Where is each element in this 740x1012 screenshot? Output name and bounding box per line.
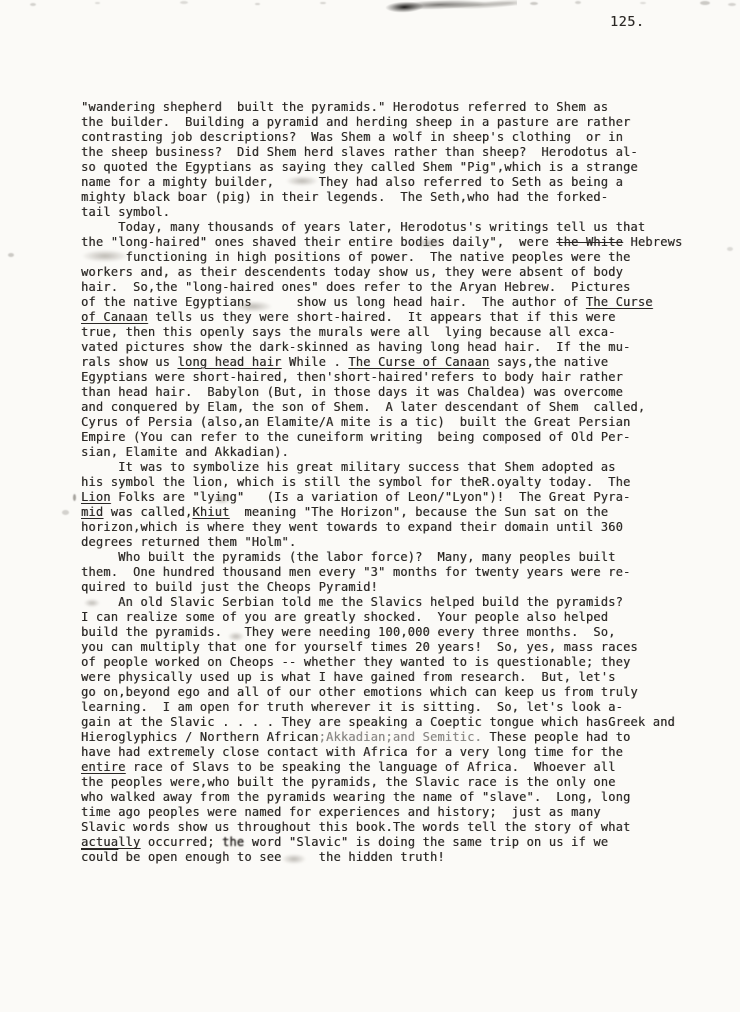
dust-speck	[530, 2, 538, 5]
text-segment: Khiut	[192, 505, 229, 519]
text-line: It was to symbolize his great military s…	[81, 460, 682, 475]
text-segment: I can realize some of you are greatly sh…	[81, 610, 608, 624]
text-line: the peoples were,who built the pyramids,…	[81, 775, 682, 790]
text-segment: Today, many thousands of years later, He…	[81, 220, 645, 234]
text-line: go on,beyond ego and all of our other em…	[81, 685, 682, 700]
text-line: contrasting job descriptions? Was Shem a…	[81, 130, 682, 145]
erasure-smudge	[82, 250, 128, 262]
text-segment: says,the native	[489, 355, 608, 369]
text-segment: and conquered by Elam, the son of Shem. …	[81, 400, 645, 414]
text-segment: the builder. Building a pyramid and herd…	[81, 115, 630, 129]
text-segment: Egyptians were short-haired, then'short-…	[81, 370, 623, 384]
dust-speck	[700, 1, 710, 5]
text-segment: quired to build just the Cheops Pyramid!	[81, 580, 378, 594]
text-line: degrees returned them "Holm".	[81, 535, 682, 550]
text-line: gain at the Slavic . . . . They are spea…	[81, 715, 682, 730]
text-segment: These people had to	[482, 730, 631, 744]
text-segment: were physically used up is what I have g…	[81, 670, 616, 684]
text-segment: tail symbol.	[81, 205, 170, 219]
text-line: were physically used up is what I have g…	[81, 670, 682, 685]
text-line: Egyptians were short-haired, then'short-…	[81, 370, 682, 385]
text-line: hair. So,the "long-haired ones" does ref…	[81, 280, 682, 295]
text-segment: Hebrews	[623, 235, 682, 249]
text-line: time ago peoples were named for experien…	[81, 805, 682, 820]
text-line: Today, many thousands of years later, He…	[81, 220, 682, 235]
text-segment: learning. I am open for truth wherever i…	[81, 700, 623, 714]
text-line: so quoted the Egyptians as saying they c…	[81, 160, 682, 175]
erasure-smudge	[228, 632, 244, 641]
text-line: actually occurred; the word "Slavic" is …	[81, 835, 682, 850]
text-segment: An old Slavic Serbian told me the Slavic…	[81, 595, 623, 609]
text-line: An old Slavic Serbian told me the Slavic…	[81, 595, 682, 610]
text-line: could be open enough to see the hidden t…	[81, 850, 682, 865]
text-line: true, then this openly says the murals w…	[81, 325, 682, 340]
text-segment: The Curse of Canaan	[348, 355, 489, 369]
text-segment: Slavic words show us throughout this boo…	[81, 820, 630, 834]
text-line: the "long-haired" ones shaved their enti…	[81, 235, 682, 250]
text-segment: have had extremely close contact with Af…	[81, 745, 623, 759]
text-line: I can realize some of you are greatly sh…	[81, 610, 682, 625]
dust-speck	[727, 247, 733, 251]
text-segment: While .	[281, 355, 348, 369]
text-segment: go on,beyond ego and all of our other em…	[81, 685, 638, 699]
text-line: build the pyramids. They were needing 10…	[81, 625, 682, 640]
text-segment: of the native Egyptians show us long hea…	[81, 295, 586, 309]
text-segment: occurred;	[140, 835, 222, 849]
text-segment: the peoples were,who built the pyramids,…	[81, 775, 616, 789]
text-segment: the White	[556, 235, 623, 249]
text-segment: tells us they were short-haired. It appe…	[148, 310, 616, 324]
text-line: Slavic words show us throughout this boo…	[81, 820, 682, 835]
text-line: mighty black boar (pig) in their legends…	[81, 190, 682, 205]
erasure-smudge	[234, 301, 272, 312]
text-segment: time ago peoples were named for experien…	[81, 805, 601, 819]
text-line: of the native Egyptians show us long hea…	[81, 295, 682, 310]
dust-speck	[255, 3, 260, 5]
text-line: name for a mighty builder, They had also…	[81, 175, 682, 190]
ink-smudge	[383, 0, 517, 13]
text-segment: degrees returned them "Holm".	[81, 535, 296, 549]
scanned-page: 125. "wandering shepherd built the pyram…	[0, 0, 740, 1012]
text-line: sian, Elamite and Akkadian).	[81, 445, 682, 460]
erasure-smudge	[84, 599, 100, 607]
text-line: you can multiply that one for yourself t…	[81, 640, 682, 655]
dust-speck	[62, 510, 69, 515]
dust-speck	[180, 1, 188, 4]
dust-speck	[30, 3, 36, 6]
erasure-smudge	[286, 176, 318, 186]
text-segment: Empire (You can refer to the cuneiform w…	[81, 430, 630, 444]
text-segment: the	[222, 835, 244, 849]
text-line: the sheep business? Did Shem herd slaves…	[81, 145, 682, 160]
text-segment: The Curse	[586, 295, 653, 309]
text-line: mid was called,Khiut meaning "The Horizo…	[81, 505, 682, 520]
text-segment: horizon,which is where they went towards…	[81, 520, 623, 534]
text-segment: who walked away from the pyramids wearin…	[81, 790, 630, 804]
text-segment: word "Slavic" is doing the same trip on …	[244, 835, 608, 849]
text-line: and conquered by Elam, the son of Shem. …	[81, 400, 682, 415]
text-segment: build the pyramids. They were needing 10…	[81, 625, 616, 639]
text-line: Empire (You can refer to the cuneiform w…	[81, 430, 682, 445]
text-segment: Who built the pyramids (the labor force)…	[81, 550, 616, 564]
text-segment: Lion	[81, 490, 111, 504]
dust-speck	[8, 253, 14, 257]
text-segment: you can multiply that one for yourself t…	[81, 640, 638, 654]
text-segment: ;Akkadian;and Semitic.	[319, 730, 482, 744]
text-segment: them. One hundred thousand men every "3"…	[81, 565, 630, 579]
text-line: the builder. Building a pyramid and herd…	[81, 115, 682, 130]
text-segment: contrasting job descriptions? Was Shem a…	[81, 130, 623, 144]
text-segment: Folks are "lying" (Is a variation of Leo…	[111, 490, 631, 504]
text-segment: "wandering shepherd built the pyramids."…	[81, 100, 608, 114]
text-line: than head hair. Babylon (But, in those d…	[81, 385, 682, 400]
text-segment: Cyrus of Persia (also,an Elamite/A mite …	[81, 415, 630, 429]
text-segment: workers and, as their descendents today …	[81, 265, 623, 279]
text-line: learning. I am open for truth wherever i…	[81, 700, 682, 715]
text-segment: name for a mighty builder, They had also…	[81, 175, 623, 189]
text-segment: of people worked on Cheops -- whether th…	[81, 655, 630, 669]
text-segment: long head hair	[178, 355, 282, 369]
text-line: horizon,which is where they went towards…	[81, 520, 682, 535]
text-line: "wandering shepherd built the pyramids."…	[81, 100, 682, 115]
erasure-smudge	[213, 494, 231, 504]
text-segment: than head hair. Babylon (But, in those d…	[81, 385, 623, 399]
text-line: vated pictures show the dark-skinned as …	[81, 340, 682, 355]
text-line: Who built the pyramids (the labor force)…	[81, 550, 682, 565]
text-segment: the "long-haired" ones shaved their enti…	[81, 235, 556, 249]
dust-speck	[575, 1, 581, 4]
text-segment: gain at the Slavic . . . . They are spea…	[81, 715, 675, 729]
text-segment: race of Slavs to be speaking the languag…	[126, 760, 616, 774]
text-segment: true, then this openly says the murals w…	[81, 325, 616, 339]
text-segment: his symbol the lion, which is still the …	[81, 475, 630, 489]
text-segment: was called,	[103, 505, 192, 519]
text-segment: meaning "The Horizon", because the Sun s…	[230, 505, 609, 519]
text-line: Cyrus of Persia (also,an Elamite/A mite …	[81, 415, 682, 430]
text-segment: mighty black boar (pig) in their legends…	[81, 190, 608, 204]
text-line: who walked away from the pyramids wearin…	[81, 790, 682, 805]
text-segment: the sheep business? Did Shem herd slaves…	[81, 145, 638, 159]
text-segment: mid	[81, 505, 103, 519]
text-segment: could	[81, 850, 118, 864]
text-line: of people worked on Cheops -- whether th…	[81, 655, 682, 670]
dust-speck	[320, 2, 326, 4]
text-line: his symbol the lion, which is still the …	[81, 475, 682, 490]
text-line: entire race of Slavs to be speaking the …	[81, 760, 682, 775]
text-line: quired to build just the Cheops Pyramid!	[81, 580, 682, 595]
text-segment: sian, Elamite and Akkadian).	[81, 445, 289, 459]
text-segment: of Canaan	[81, 310, 148, 324]
text-line: Hieroglyphics / Northern African;Akkadia…	[81, 730, 682, 745]
document-text: "wandering shepherd built the pyramids."…	[81, 100, 682, 865]
text-segment: so quoted the Egyptians as saying they c…	[81, 160, 638, 174]
erasure-smudge	[414, 238, 444, 248]
text-segment: functioning in high positions of power. …	[81, 250, 630, 264]
text-line: Lion Folks are "lying" (Is a variation o…	[81, 490, 682, 505]
text-line: tail symbol.	[81, 205, 682, 220]
text-segment: rals show us	[81, 355, 178, 369]
text-line: workers and, as their descendents today …	[81, 265, 682, 280]
text-line: functioning in high positions of power. …	[81, 250, 682, 265]
text-segment: hair. So,the "long-haired ones" does ref…	[81, 280, 630, 294]
text-segment: actually	[81, 835, 140, 849]
text-line: have had extremely close contact with Af…	[81, 745, 682, 760]
text-segment: entire	[81, 760, 126, 774]
text-line: them. One hundred thousand men every "3"…	[81, 565, 682, 580]
text-segment: It was to symbolize his great military s…	[81, 460, 616, 474]
dust-speck	[640, 2, 646, 4]
text-segment: vated pictures show the dark-skinned as …	[81, 340, 630, 354]
text-line: of Canaan tells us they were short-haire…	[81, 310, 682, 325]
text-line: rals show us long head hair While . The …	[81, 355, 682, 370]
text-segment: Hieroglyphics / Northern African	[81, 730, 319, 744]
page-number: 125.	[610, 14, 645, 30]
dust-speck	[73, 494, 76, 501]
erasure-smudge	[282, 854, 306, 864]
dust-speck	[95, 2, 100, 4]
dust-speck	[728, 3, 736, 6]
